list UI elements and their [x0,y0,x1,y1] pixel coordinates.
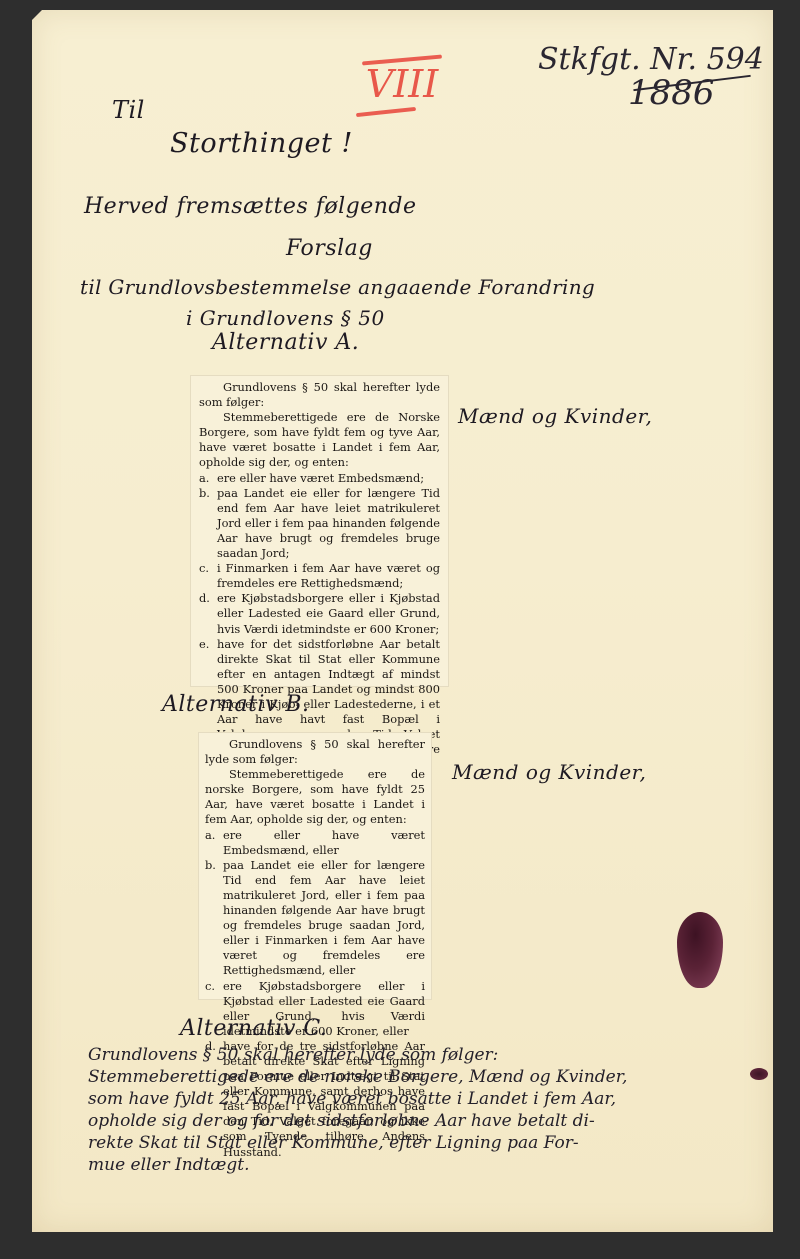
alt-c-line: Grundlovens § 50 skal herefter lyde som … [88,1044,768,1066]
red-pencil-mark: VIII [362,56,442,114]
clipping-item: c. i Finmarken i fem Aar have været og f… [199,561,440,591]
clipping-intro: Grundlovens § 50 skal herefter lyde som … [199,380,440,410]
alternative-c-label: Alternativ C. [180,1016,327,1041]
margin-note-b: Mænd og Kvinder, [452,760,646,784]
clipping-item: a. ere eller have været Embedsmænd; [199,471,440,486]
alt-c-line: opholde sig der og for det sidstforløbne… [88,1110,768,1132]
alternative-b-label: Alternativ B. [162,692,310,717]
alt-c-line: mue eller Indtægt. [88,1154,768,1176]
alt-c-line: som have fyldt 25 Aar, have været bosatt… [88,1088,768,1110]
salutation-to: Til [112,96,145,124]
salutation-recipient: Storthinget ! [170,128,353,159]
clipping-item: d. ere Kjøbstadsborgere eller i Kjøbstad… [199,591,440,636]
alternative-c-text: Grundlovens § 50 skal herefter lyde som … [88,1044,768,1176]
alternative-a-label: Alternativ A. [212,330,359,355]
clipping-item: b. paa Landet eie eller for længere Tid … [199,486,440,561]
subject-line-1: til Grundlovsbestemmelse angaaende Foran… [80,275,595,299]
alt-c-line: Stemmeberettigede ere de norske Borgere,… [88,1066,768,1088]
printed-clipping-alternative-b: Grundlovens § 50 skal herefter lyde som … [198,732,432,1000]
archive-number: Stkfgt. Nr. 594 [538,42,764,77]
archive-year: 1886 [628,73,764,113]
clipping-item: b. paa Landet eie eller for længere Tid … [205,858,425,979]
archive-reference: Stkfgt. Nr. 594 1886 [538,42,764,113]
intro-line: Herved fremsættes følgende [84,194,417,219]
clipping-lead: Stemmeberettigede ere de Norske Borgere,… [199,410,440,470]
alt-c-line: rekte Skat til Stat eller Kommune, efter… [88,1132,768,1154]
clipping-item: a. ere eller have været Embedsmænd, elle… [205,828,425,858]
margin-note-a: Mænd og Kvinder, [458,404,652,428]
clipping-lead: Stemmeberettigede ere de norske Borgere,… [205,767,425,827]
clipping-intro: Grundlovens § 50 skal herefter lyde som … [205,737,425,767]
printed-clipping-alternative-a: Grundlovens § 50 skal herefter lyde som … [190,375,449,687]
subject-line-2: i Grundlovens § 50 [186,306,385,330]
proposal-heading: Forslag [286,236,373,261]
